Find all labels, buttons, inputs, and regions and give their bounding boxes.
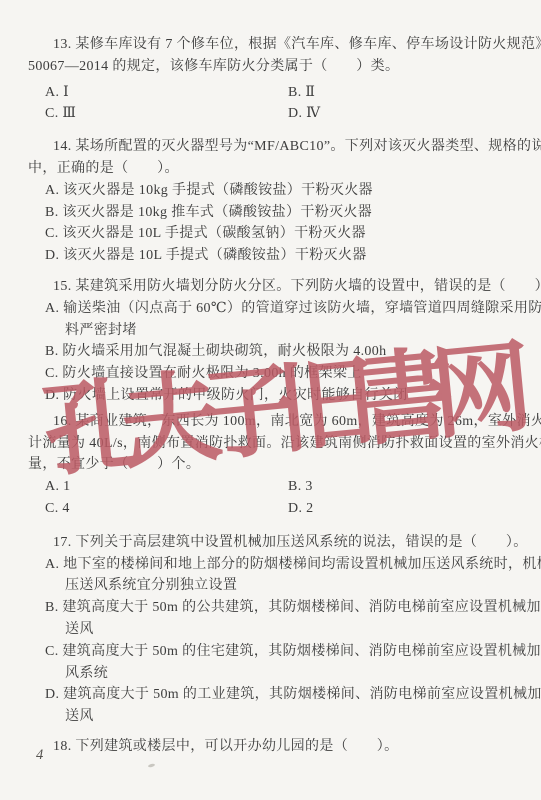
question-16: 16. 某商业建筑，东西长为 100m，南北宽为 60m，建筑高度为 26m，室… [28, 411, 525, 520]
question-16-option-row-2: C. 4 D. 2 [28, 498, 525, 520]
page-number: 4 [36, 747, 43, 764]
question-14-option-b: B. 该灭火器是 10kg 推车式（磷酸铵盐）干粉灭火器 [28, 202, 525, 224]
question-14-stem-line-2: 中，正确的是（ ）。 [28, 158, 525, 180]
question-13-stem-line-1: 13. 某修车库设有 7 个修车位，根据《汽车库、修车库、停车场设计防火规范》G… [28, 34, 525, 56]
question-14-option-a: A. 该灭火器是 10kg 手提式（磷酸铵盐）干粉灭火器 [28, 180, 525, 202]
question-14-stem-line-1: 14. 某场所配置的灭火器型号为“MF/ABC10”。下列对该灭火器类型、规格的… [28, 136, 525, 158]
question-16-stem-line-2: 计流量为 40L/s，南侧布置消防扑救面。沿该建筑南侧消防扑救面设置的室外消火栓… [28, 433, 525, 455]
question-15-option-c: C. 防火墙直接设置在耐火极限为 3.00h 的框架梁上 [28, 363, 525, 385]
question-15-option-b: B. 防火墙采用加气混凝土砌块砌筑，耐火极限为 4.00h [28, 341, 525, 363]
question-17-option-c-line-2: 风系统 [28, 663, 525, 685]
question-16-option-b: B. 3 [288, 476, 313, 498]
question-18-stem-line-1: 18. 下列建筑或楼层中，可以开办幼儿园的是（ ）。 [28, 736, 525, 758]
question-16-stem-line-1: 16. 某商业建筑，东西长为 100m，南北宽为 60m，建筑高度为 26m，室… [28, 411, 525, 433]
question-13-option-b: B. Ⅱ [288, 82, 315, 104]
question-17-option-d-line-1: D. 建筑高度大于 50m 的工业建筑，其防烟楼梯间、消防电梯前室应设置机械加压 [28, 684, 525, 706]
question-16-option-row-1: A. 1 B. 3 [28, 476, 525, 498]
scanned-exam-page: 13. 某修车库设有 7 个修车位，根据《汽车库、修车库、停车场设计防火规范》G… [0, 0, 541, 800]
question-17-option-d-line-2: 送风 [28, 706, 525, 728]
question-15: 15. 某建筑采用防火墙划分防火分区。下列防火墙的设置中，错误的是（ ）。 A.… [28, 276, 525, 407]
question-13-option-row-1: A. Ⅰ B. Ⅱ [28, 82, 525, 104]
question-15-option-a-line-2: 料严密封堵 [28, 320, 525, 342]
scan-artifact [148, 763, 156, 768]
question-17-option-b-line-2: 送风 [28, 619, 525, 641]
question-16-option-c: C. 4 [45, 498, 288, 520]
question-list: 13. 某修车库设有 7 个修车位，根据《汽车库、修车库、停车场设计防火规范》G… [0, 0, 541, 758]
question-16-option-d: D. 2 [288, 498, 314, 520]
question-14-option-d: D. 该灭火器是 10L 手提式（磷酸铵盐）干粉灭火器 [28, 245, 525, 267]
question-17-option-c-line-1: C. 建筑高度大于 50m 的住宅建筑，其防烟楼梯间、消防电梯前室应设置机械加压… [28, 641, 525, 663]
question-13-stem-line-2: 50067—2014 的规定，该修车库防火分类属于（ ）类。 [28, 56, 525, 78]
question-13-option-c: C. Ⅲ [45, 103, 288, 125]
question-13-option-a: A. Ⅰ [45, 82, 288, 104]
question-13-option-d: D. Ⅳ [288, 103, 321, 125]
question-16-option-a: A. 1 [45, 476, 288, 498]
question-15-option-d: D. 防火墙上设置常开的甲级防火门，火灾时能够自行关闭 [28, 385, 525, 407]
question-17: 17. 下列关于高层建筑中设置机械加压送风系统的说法，错误的是（ ）。 A. 地… [28, 532, 525, 728]
question-17-option-a-line-1: A. 地下室的楼梯间和地上部分的防烟楼梯间均需设置机械加压送风系统时，机械加 [28, 554, 525, 576]
question-14-option-c: C. 该灭火器是 10L 手提式（碳酸氢钠）干粉灭火器 [28, 223, 525, 245]
question-13-option-row-2: C. Ⅲ D. Ⅳ [28, 103, 525, 125]
question-13: 13. 某修车库设有 7 个修车位，根据《汽车库、修车库、停车场设计防火规范》G… [28, 34, 525, 125]
question-17-option-a-line-2: 压送风系统宜分别独立设置 [28, 575, 525, 597]
question-15-option-a-line-1: A. 输送柴油（闪点高于 60℃）的管道穿过该防火墙，穿墙管道四周缝隙采用防火堵 [28, 298, 525, 320]
question-15-stem-line-1: 15. 某建筑采用防火墙划分防火分区。下列防火墙的设置中，错误的是（ ）。 [28, 276, 525, 298]
question-17-stem-line-1: 17. 下列关于高层建筑中设置机械加压送风系统的说法，错误的是（ ）。 [28, 532, 525, 554]
question-17-option-b-line-1: B. 建筑高度大于 50m 的公共建筑，其防烟楼梯间、消防电梯前室应设置机械加压 [28, 597, 525, 619]
question-18: 18. 下列建筑或楼层中，可以开办幼儿园的是（ ）。 [28, 736, 525, 758]
question-14: 14. 某场所配置的灭火器型号为“MF/ABC10”。下列对该灭火器类型、规格的… [28, 136, 525, 267]
question-16-stem-line-3: 量，不宜少于（ ）个。 [28, 454, 525, 476]
